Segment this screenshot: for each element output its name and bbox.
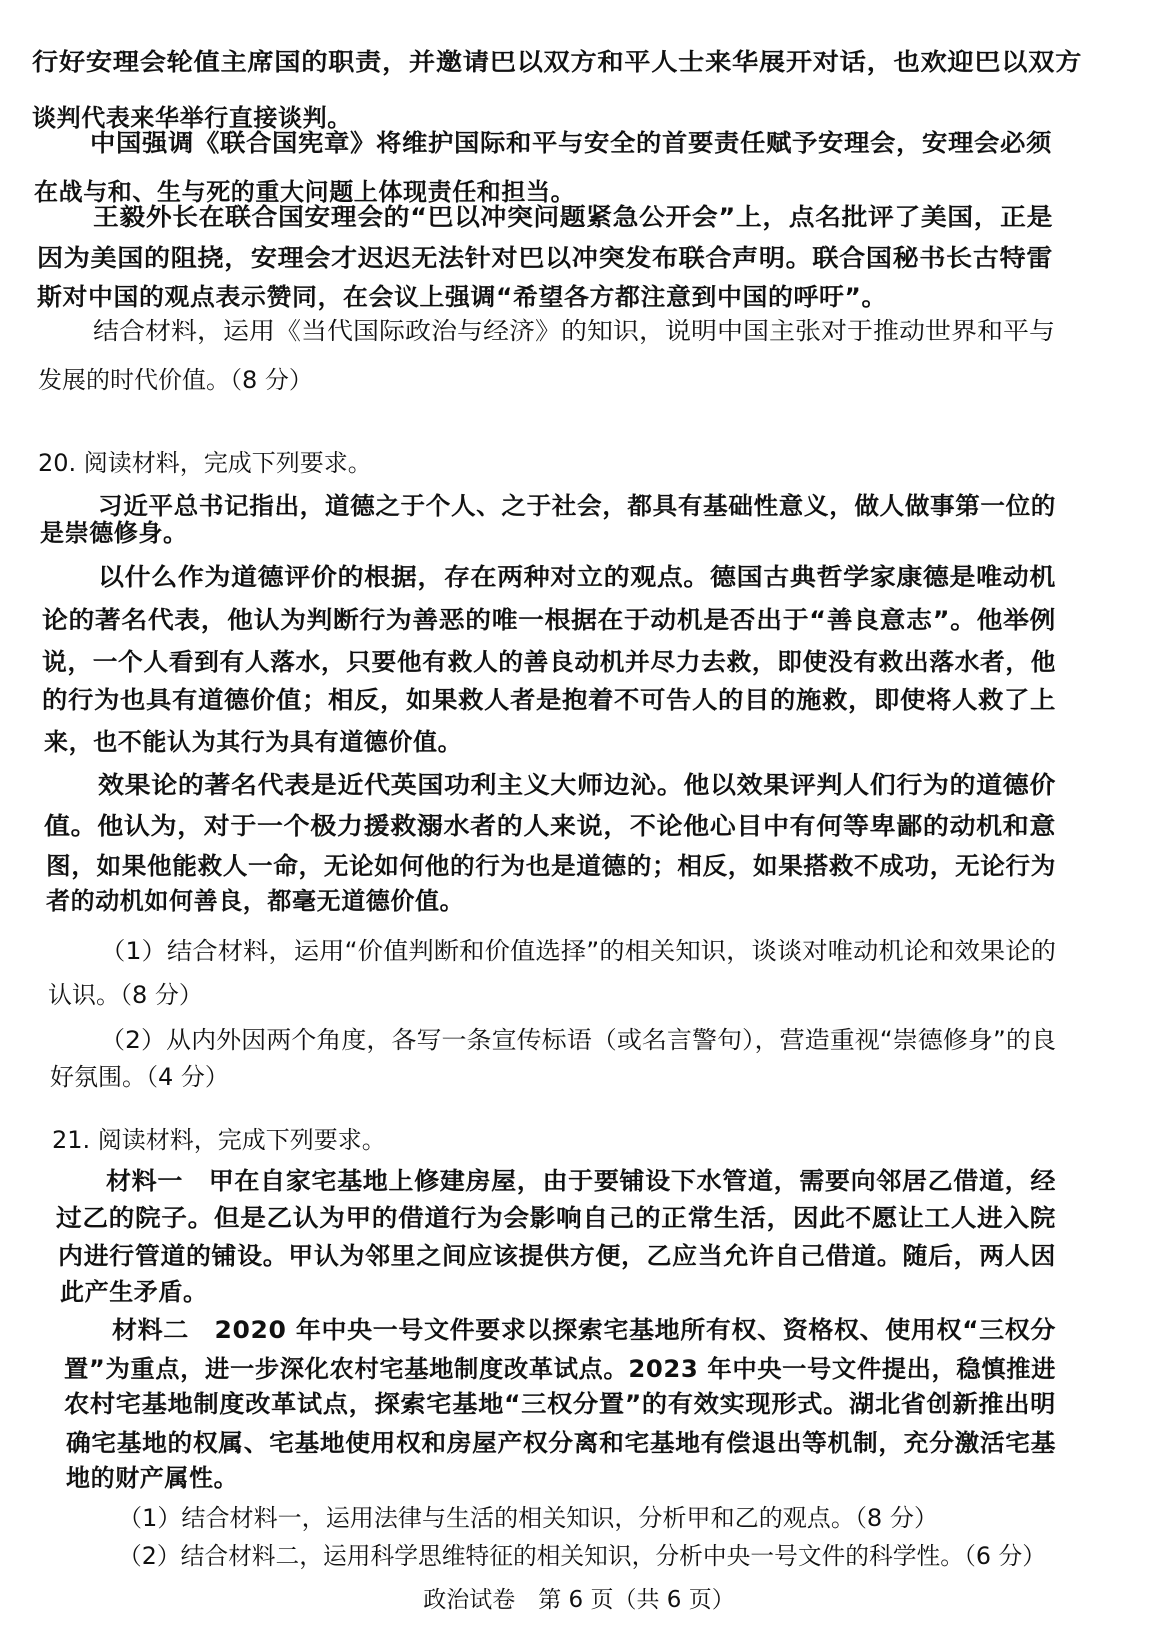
text-line: 结合材料，运用《当代国际政治与经济》的知识，说明中国主张对于推动世界和平与 [93,316,1055,346]
text-line: 内进行管道的铺设。甲认为邻里之间应该提供方便，乙应当允许自己借道。随后，两人因 [58,1241,1056,1271]
text-line: 因为美国的阻挠，安理会才迟迟无法针对巴以冲突发布联合声明。联合国秘书长古特雷 [37,243,1053,273]
text-line: （1）结合材料，运用“价值判断和价值选择”的相关知识，谈谈对唯动机论和效果论的 [100,936,1056,966]
text-line: 效果论的著名代表是近代英国功利主义大师边沁。他以效果评判人们行为的道德价 [98,770,1056,800]
text-line: 者的动机如何善良，都毫无道德价值。 [46,886,464,916]
text-line: 确宅基地的权属、宅基地使用权和房屋产权分离和宅基地有偿退出等机制，充分激活宅基 [66,1428,1056,1458]
text-line: 材料二 2020 年中央一号文件要求以探索宅基地所有权、资格权、使用权“三权分 [112,1315,1056,1345]
text-line: 材料一 甲在自家宅基地上修建房屋，由于要铺设下水管道，需要向邻居乙借道，经 [106,1166,1056,1196]
text-line: 的行为也具有道德价值；相反，如果救人者是抱着不可告人的目的施救，即使将人救了上 [42,685,1056,715]
text-line: 置”为重点，进一步深化农村宅基地制度改革试点。2023 年中央一号文件提出，稳慎… [64,1354,1056,1384]
text-line: 发展的时代价值。（8 分） [38,365,313,395]
text-line: 斯对中国的观点表示赞同，在会议上强调“希望各方都注意到中国的呼吁”。 [37,282,887,312]
text-line: 习近平总书记指出，道德之于个人、之于社会，都具有基础性意义，做人做事第一位的 [98,491,1056,521]
text-line: 地的财产属性。 [66,1463,238,1493]
text-line: 是崇德修身。 [40,518,188,548]
text-line: 王毅外长在联合国安理会的“巴以冲突问题紧急公开会”上，点名批评了美国，正是 [93,202,1053,232]
text-line: 过乙的院子。但是乙认为甲的借道行为会影响自己的正常生活，因此不愿让工人进入院 [56,1203,1056,1233]
text-line: 说，一个人看到有人落水，只要他有救人的善良动机并尽力去救，即使没有救出落水者，他 [42,647,1056,677]
text-line: 此产生矛盾。 [60,1277,208,1307]
text-line: 农村宅基地制度改革试点，探索宅基地“三权分置”的有效实现形式。湖北省创新推出明 [64,1389,1056,1419]
text-line: 中国强调《联合国宪章》将维护国际和平与安全的首要责任赋予安理会，安理会必须 [90,128,1052,158]
text-line: 论的著名代表，他认为判断行为善恶的唯一根据在于动机是否出于“善良意志”。他举例 [42,605,1056,635]
text-line: 21. 阅读材料，完成下列要求。 [52,1125,386,1155]
text-line: （2）结合材料二，运用科学思维特征的相关知识，分析中央一号文件的科学性。（6 分… [118,1541,1046,1571]
text-line: 认识。（8 分） [48,980,203,1010]
text-line: （2）从内外因两个角度，各写一条宣传标语（或名言警句），营造重视“崇德修身”的良 [100,1025,1056,1055]
text-line: （1）结合材料一，运用法律与生活的相关知识，分析甲和乙的观点。（8 分） [118,1503,938,1533]
text-line: 行好安理会轮值主席国的职责，并邀请巴以双方和平人士来华展开对话，也欢迎巴以双方 [32,47,1082,77]
text-line: 值。他认为，对于一个极力援救溺水者的人来说，不论他心目中有何等卑鄙的动机和意 [44,811,1056,841]
text-line: 来，也不能认为其行为具有道德价值。 [44,727,462,757]
text-line: 图，如果他能救人一命，无论如何他的行为也是道德的；相反，如果搭救不成功，无论行为 [46,851,1056,881]
page-footer: 政治试卷 第 6 页（共 6 页） [0,1585,1158,1615]
text-line: 以什么作为道德评价的根据，存在两种对立的观点。德国古典哲学家康德是唯动机 [98,562,1056,592]
text-line: 20. 阅读材料，完成下列要求。 [38,448,372,478]
text-line: 好氛围。（4 分） [50,1062,229,1092]
